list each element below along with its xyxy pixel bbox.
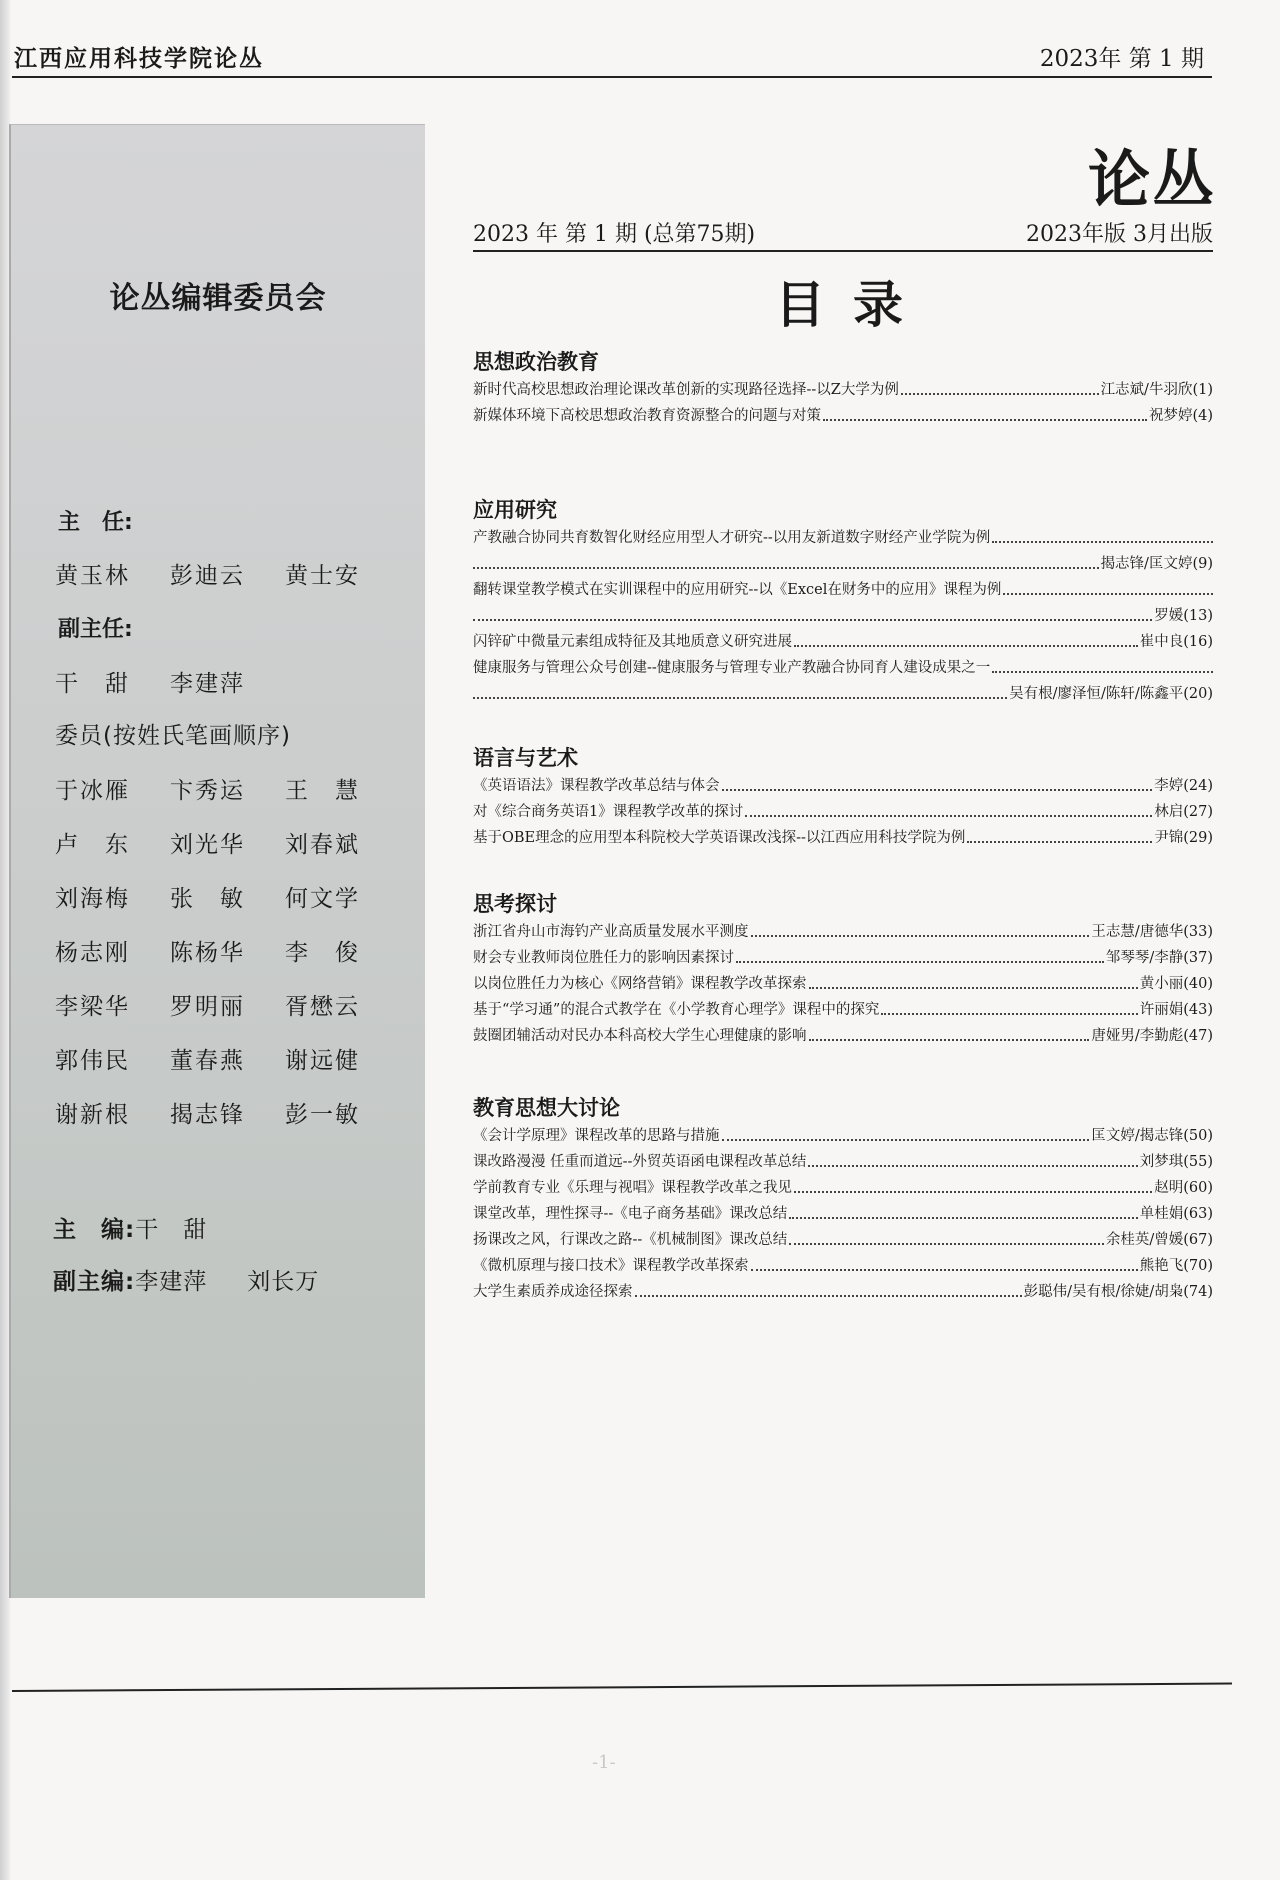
entry-title: 产教融合协同共育数智化财经应用型人才研究--以用友新道数字财经产业学院为例 bbox=[473, 525, 990, 551]
member-name: 罗明丽 bbox=[170, 988, 285, 1021]
entry-authors: 尹锦 bbox=[1154, 825, 1183, 851]
issue-number: 2023年 第 1 期 bbox=[1040, 40, 1204, 73]
leader-dots bbox=[992, 671, 1213, 673]
running-header: 江西应用科技学院论丛 2023年 第 1 期 bbox=[12, 40, 1212, 78]
toc-entry[interactable]: 以岗位胜任力为核心《网络营销》课程教学改革探索黄小丽(40) bbox=[473, 971, 1213, 997]
bottom-rule bbox=[12, 1683, 1232, 1692]
director-label: 主 任: bbox=[58, 505, 133, 536]
entry-title: 基于OBE理念的应用型本科院校大学英语课改浅探--以江西应用科技学院为例 bbox=[473, 825, 965, 851]
deputy-chief-editor-label: 副主编: bbox=[53, 1269, 135, 1295]
members-row: 郭伟民 董春燕 谢远健 bbox=[55, 1042, 400, 1075]
toc-entry[interactable]: 财会专业教师岗位胜任力的影响因素探讨邹琴琴/李静(37) bbox=[473, 945, 1213, 971]
entry-title: 新媒体环境下高校思想政治教育资源整合的问题与对策 bbox=[473, 403, 821, 429]
entry-page: (33) bbox=[1183, 919, 1213, 945]
member-name: 杨志刚 bbox=[55, 934, 170, 967]
entry-page: (4) bbox=[1192, 403, 1213, 429]
director-name: 黄玉林 bbox=[55, 557, 170, 590]
leader-dots bbox=[808, 1165, 1137, 1167]
entry-title: 以岗位胜任力为核心《网络营销》课程教学改革探索 bbox=[473, 971, 807, 997]
issue-info: 2023 年 第 1 期 (总第75期) bbox=[473, 217, 755, 248]
member-name: 张 敏 bbox=[170, 880, 285, 913]
member-name: 郭伟民 bbox=[55, 1042, 170, 1075]
toc-entry[interactable]: 基于OBE理念的应用型本科院校大学英语课改浅探--以江西应用科技学院为例尹锦(2… bbox=[473, 825, 1213, 851]
entry-authors: 匡文婷/揭志锋 bbox=[1091, 1123, 1183, 1149]
entry-page: (24) bbox=[1183, 773, 1213, 799]
member-name: 董春燕 bbox=[170, 1042, 285, 1075]
toc-section: 思想政治教育 新时代高校思想政治理论课改革创新的实现路径选择--以Z大学为例江志… bbox=[473, 347, 1213, 429]
entry-page: (55) bbox=[1183, 1149, 1213, 1175]
leader-dots bbox=[789, 1217, 1137, 1219]
entry-authors: 王志慧/唐德华 bbox=[1091, 919, 1183, 945]
entry-page: (74) bbox=[1183, 1279, 1213, 1305]
toc-entry[interactable]: 基于“学习通”的混合式教学在《小学教育心理学》课程中的探究许丽娟(43) bbox=[473, 997, 1213, 1023]
entry-title: 《会计学原理》课程改革的思路与措施 bbox=[473, 1123, 720, 1149]
entry-page: (70) bbox=[1183, 1253, 1213, 1279]
member-name: 刘光华 bbox=[170, 826, 285, 859]
toc-entry[interactable]: 扬课改之风，行课改之路--《机械制图》课改总结余桂英/曾媛(67) bbox=[473, 1227, 1213, 1253]
entry-page: (29) bbox=[1183, 825, 1213, 851]
entry-title: 课堂改革，理性探寻--《电子商务基础》课改总结 bbox=[473, 1201, 787, 1227]
entry-authors: 江志斌/牛羽欣 bbox=[1101, 377, 1193, 403]
entry-title: 扬课改之风，行课改之路--《机械制图》课改总结 bbox=[473, 1227, 787, 1253]
member-name: 李 俊 bbox=[285, 934, 400, 967]
entry-page: (47) bbox=[1183, 1023, 1213, 1049]
entry-title: 财会专业教师岗位胜任力的影响因素探讨 bbox=[473, 945, 734, 971]
chief-editor-name: 干 甜 bbox=[135, 1217, 207, 1243]
leader-dots bbox=[794, 645, 1138, 647]
toc-entry[interactable]: 新媒体环境下高校思想政治教育资源整合的问题与对策祝梦婷(4) bbox=[473, 403, 1213, 429]
toc-entry[interactable]: 学前教育专业《乐理与视唱》课程教学改革之我见赵明(60) bbox=[473, 1175, 1213, 1201]
entry-authors: 祝梦婷 bbox=[1149, 403, 1193, 429]
leader-dots bbox=[722, 1139, 1090, 1141]
section-heading: 应用研究 bbox=[473, 495, 1213, 525]
leader-dots bbox=[881, 1013, 1137, 1015]
director-name: 彭迪云 bbox=[170, 557, 285, 590]
leader-dots bbox=[473, 619, 1152, 621]
director-name: 黄士安 bbox=[285, 557, 400, 590]
leader-dots bbox=[473, 567, 1099, 569]
deputy-directors-row: 干 甜 李建萍 bbox=[55, 665, 285, 698]
entry-page: (9) bbox=[1192, 551, 1213, 577]
leader-dots bbox=[722, 789, 1153, 791]
table-of-contents: 思想政治教育 新时代高校思想政治理论课改革创新的实现路径选择--以Z大学为例江志… bbox=[473, 347, 1213, 1305]
entry-title: 对《综合商务英语1》课程教学改革的探讨 bbox=[473, 799, 743, 825]
entry-page: (43) bbox=[1183, 997, 1213, 1023]
toc-entry[interactable]: 《会计学原理》课程改革的思路与措施匡文婷/揭志锋(50) bbox=[473, 1123, 1213, 1149]
editorial-board-title: 论丛编辑委员会 bbox=[11, 273, 425, 317]
entry-title: 闪锌矿中微量元素组成特征及其地质意义研究进展 bbox=[473, 629, 792, 655]
entry-title: 《英语语法》课程教学改革总结与体会 bbox=[473, 773, 720, 799]
deputy-director-name: 李建萍 bbox=[170, 665, 285, 698]
entry-authors: 赵明 bbox=[1154, 1175, 1183, 1201]
toc-entry[interactable]: 课堂改革，理性探寻--《电子商务基础》课改总结单桂娟(63) bbox=[473, 1201, 1213, 1227]
entry-authors: 余桂英/曾媛 bbox=[1106, 1227, 1183, 1253]
entry-authors: 李婷 bbox=[1154, 773, 1183, 799]
entry-authors: 林启 bbox=[1154, 799, 1183, 825]
toc-entry[interactable]: 浙江省舟山市海钓产业高质量发展水平测度王志慧/唐德华(33) bbox=[473, 919, 1213, 945]
member-name: 谢远健 bbox=[285, 1042, 400, 1075]
leader-dots bbox=[473, 697, 1007, 699]
member-name: 谢新根 bbox=[55, 1096, 170, 1129]
member-name: 揭志锋 bbox=[170, 1096, 285, 1129]
toc-section: 应用研究 产教融合协同共育数智化财经应用型人才研究--以用友新道数字财经产业学院… bbox=[473, 495, 1213, 707]
entry-authors: 熊艳飞 bbox=[1140, 1253, 1184, 1279]
toc-entry[interactable]: 对《综合商务英语1》课程教学改革的探讨林启(27) bbox=[473, 799, 1213, 825]
entry-page: (60) bbox=[1183, 1175, 1213, 1201]
toc-entry[interactable]: 翻转课堂教学模式在实训课程中的应用研究--以《Excel在财务中的应用》课程为例 bbox=[473, 577, 1213, 603]
leader-dots bbox=[967, 841, 1152, 843]
member-name: 彭一敏 bbox=[285, 1096, 400, 1129]
members-label: 委员(按姓氏笔画顺序) bbox=[55, 717, 291, 750]
entry-title: 鼓圈团辅活动对民办本科高校大学生心理健康的影响 bbox=[473, 1023, 807, 1049]
leader-dots bbox=[809, 987, 1138, 989]
leader-dots bbox=[789, 1243, 1104, 1245]
member-name: 王 慧 bbox=[285, 772, 400, 805]
deputy-chief-editor-name: 李建萍 bbox=[135, 1269, 207, 1295]
toc-entry[interactable]: 健康服务与管理公众号创建--健康服务与管理专业产教融合协同育人建设成果之一 bbox=[473, 655, 1213, 681]
entry-page: (20) bbox=[1183, 681, 1213, 707]
toc-section: 思考探讨 浙江省舟山市海钓产业高质量发展水平测度王志慧/唐德华(33) 财会专业… bbox=[473, 889, 1213, 1049]
leader-dots bbox=[794, 1191, 1152, 1193]
member-name: 陈杨华 bbox=[170, 934, 285, 967]
entry-title: 翻转课堂教学模式在实训课程中的应用研究--以《Excel在财务中的应用》课程为例 bbox=[473, 577, 1001, 603]
entry-authors: 彭聪伟/吴有根/徐婕/胡枭 bbox=[1024, 1279, 1184, 1305]
chief-editor-label: 主 编: bbox=[53, 1217, 135, 1243]
leader-dots bbox=[992, 541, 1213, 543]
entry-authors: 许丽娟 bbox=[1140, 997, 1184, 1023]
entry-title: 大学生素质养成途径探索 bbox=[473, 1279, 633, 1305]
members-row: 卢 东 刘光华 刘春斌 bbox=[55, 826, 400, 859]
leader-dots bbox=[809, 1039, 1090, 1041]
entry-page: (50) bbox=[1183, 1123, 1213, 1149]
entry-page: (27) bbox=[1183, 799, 1213, 825]
editorial-board-panel: 论丛编辑委员会 主 任: 黄玉林 彭迪云 黄士安 副主任: 干 甜 李建萍 委员… bbox=[9, 124, 425, 1598]
deputy-director-label: 副主任: bbox=[58, 612, 133, 643]
toc-section: 教育思想大讨论 《会计学原理》课程改革的思路与措施匡文婷/揭志锋(50) 课改路… bbox=[473, 1093, 1213, 1305]
toc-entry[interactable]: 大学生素质养成途径探索彭聪伟/吴有根/徐婕/胡枭(74) bbox=[473, 1279, 1213, 1305]
entry-authors: 罗媛 bbox=[1154, 603, 1183, 629]
section-heading: 语言与艺术 bbox=[473, 743, 1213, 773]
entry-page: (1) bbox=[1192, 377, 1213, 403]
member-name: 李梁华 bbox=[55, 988, 170, 1021]
entry-page: (37) bbox=[1183, 945, 1213, 971]
leader-dots bbox=[751, 935, 1090, 937]
section-heading: 教育思想大讨论 bbox=[473, 1093, 1213, 1123]
entry-title: 新时代高校思想政治理论课改革创新的实现路径选择--以Z大学为例 bbox=[473, 377, 899, 403]
entry-title: 浙江省舟山市海钓产业高质量发展水平测度 bbox=[473, 919, 749, 945]
entry-authors: 刘梦琪 bbox=[1140, 1149, 1184, 1175]
toc-entry[interactable]: 产教融合协同共育数智化财经应用型人才研究--以用友新道数字财经产业学院为例 bbox=[473, 525, 1213, 551]
entry-title: 健康服务与管理公众号创建--健康服务与管理专业产教融合协同育人建设成果之一 bbox=[473, 655, 990, 681]
section-heading: 思想政治教育 bbox=[473, 347, 1213, 377]
member-name: 何文学 bbox=[285, 880, 400, 913]
toc-entry[interactable]: 《英语语法》课程教学改革总结与体会李婷(24) bbox=[473, 773, 1213, 799]
toc-entry[interactable]: 鼓圈团辅活动对民办本科高校大学生心理健康的影响唐娅男/李勤彪(47) bbox=[473, 1023, 1213, 1049]
deputy-director-name: 干 甜 bbox=[55, 665, 170, 698]
entry-page: (63) bbox=[1183, 1201, 1213, 1227]
edition-info: 2023年版 3月出版 bbox=[1026, 217, 1213, 248]
issue-bar: 2023 年 第 1 期 (总第75期) 2023年版 3月出版 bbox=[473, 216, 1213, 252]
journal-name: 江西应用科技学院论丛 bbox=[14, 40, 264, 73]
members-row: 于冰雁 卞秀运 王 慧 bbox=[55, 772, 400, 805]
members-row: 刘海梅 张 敏 何文学 bbox=[55, 880, 400, 913]
leader-dots bbox=[751, 1269, 1138, 1271]
members-row: 杨志刚 陈杨华 李 俊 bbox=[55, 934, 400, 967]
member-name: 卞秀运 bbox=[170, 772, 285, 805]
leader-dots bbox=[745, 815, 1152, 817]
entry-page: (67) bbox=[1183, 1227, 1213, 1253]
member-name: 刘海梅 bbox=[55, 880, 170, 913]
entry-authors: 揭志锋/匡文婷 bbox=[1101, 551, 1193, 577]
deputy-chief-editor-name: 刘长万 bbox=[247, 1269, 319, 1295]
entry-title: 课改路漫漫 任重而道远--外贸英语函电课程改革总结 bbox=[473, 1149, 806, 1175]
toc-entry[interactable]: 新时代高校思想政治理论课改革创新的实现路径选择--以Z大学为例江志斌/牛羽欣(1… bbox=[473, 377, 1213, 403]
member-name: 于冰雁 bbox=[55, 772, 170, 805]
entry-authors: 邹琴琴/李静 bbox=[1106, 945, 1183, 971]
entry-title: 《微机原理与接口技术》课程教学改革探索 bbox=[473, 1253, 749, 1279]
entry-page: (13) bbox=[1183, 603, 1213, 629]
leader-dots bbox=[901, 393, 1099, 395]
entry-page: (40) bbox=[1183, 971, 1213, 997]
leader-dots bbox=[635, 1295, 1022, 1297]
toc-entry[interactable]: 课改路漫漫 任重而道远--外贸英语函电课程改革总结刘梦琪(55) bbox=[473, 1149, 1213, 1175]
member-name: 刘春斌 bbox=[285, 826, 400, 859]
entry-authors: 单桂娟 bbox=[1140, 1201, 1184, 1227]
leader-dots bbox=[1003, 593, 1213, 595]
section-heading: 思考探讨 bbox=[473, 889, 1213, 919]
members-row: 李梁华 罗明丽 胥懋云 bbox=[55, 988, 400, 1021]
toc-entry-continuation[interactable]: 揭志锋/匡文婷(9) bbox=[473, 551, 1213, 577]
entry-authors: 吴有根/廖泽恒/陈轩/陈鑫平 bbox=[1009, 681, 1183, 707]
toc-entry-continuation[interactable]: 吴有根/廖泽恒/陈轩/陈鑫平(20) bbox=[473, 681, 1213, 707]
member-name: 胥懋云 bbox=[285, 988, 400, 1021]
toc-entry-continuation[interactable]: 罗媛(13) bbox=[473, 603, 1213, 629]
leader-dots bbox=[823, 419, 1147, 421]
contents-title: 目录 bbox=[775, 265, 931, 337]
entry-page: (16) bbox=[1183, 629, 1213, 655]
entry-title: 学前教育专业《乐理与视唱》课程教学改革之我见 bbox=[473, 1175, 792, 1201]
toc-section: 语言与艺术 《英语语法》课程教学改革总结与体会李婷(24) 对《综合商务英语1》… bbox=[473, 743, 1213, 851]
entry-authors: 崔中良 bbox=[1140, 629, 1184, 655]
directors-row: 黄玉林 彭迪云 黄士安 bbox=[55, 557, 400, 590]
entry-title: 基于“学习通”的混合式教学在《小学教育心理学》课程中的探究 bbox=[473, 997, 879, 1023]
chief-editor-line: 主 编:干 甜 bbox=[53, 1211, 207, 1244]
deputy-chief-editor-line: 副主编:李建萍刘长万 bbox=[53, 1263, 319, 1296]
members-row: 谢新根 揭志锋 彭一敏 bbox=[55, 1096, 400, 1129]
toc-entry[interactable]: 《微机原理与接口技术》课程教学改革探索熊艳飞(70) bbox=[473, 1253, 1213, 1279]
member-name: 卢 东 bbox=[55, 826, 170, 859]
toc-entry[interactable]: 闪锌矿中微量元素组成特征及其地质意义研究进展崔中良(16) bbox=[473, 629, 1213, 655]
masthead-title: 论丛 bbox=[1088, 130, 1216, 219]
page-number: -1- bbox=[592, 1752, 616, 1773]
entry-authors: 唐娅男/李勤彪 bbox=[1091, 1023, 1183, 1049]
entry-authors: 黄小丽 bbox=[1140, 971, 1184, 997]
leader-dots bbox=[736, 961, 1104, 963]
